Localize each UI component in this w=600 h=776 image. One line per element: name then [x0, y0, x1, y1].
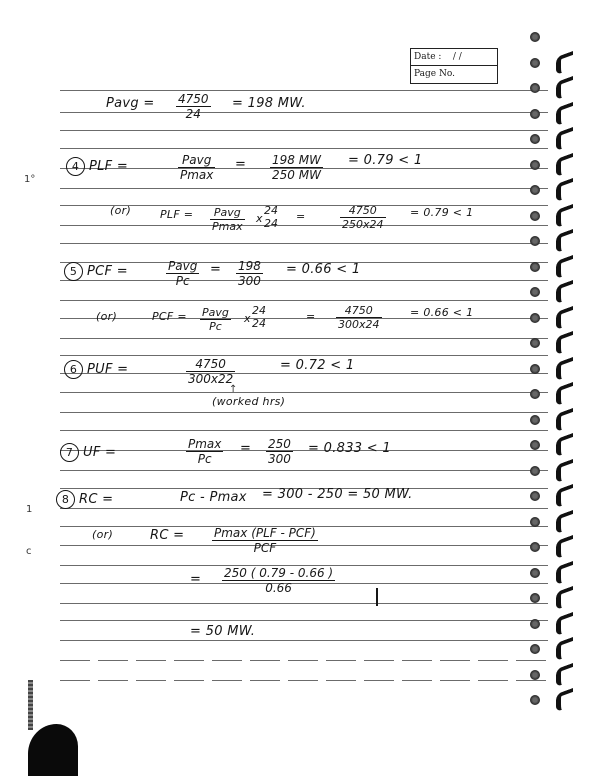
ruled-line: [60, 430, 548, 431]
spiral-coil: [556, 382, 573, 406]
binding-hole: [530, 364, 540, 374]
ruled-line: [60, 373, 548, 374]
binding-hole: [530, 389, 540, 399]
uf-result: = 0.833 < 1: [308, 441, 391, 456]
spiral-coil: [556, 356, 573, 380]
pavg-lhs: Pavg =: [106, 96, 155, 111]
margin-mark: 1°: [24, 174, 35, 185]
puf-fraction: 4750300x22: [186, 357, 235, 386]
binding-hole: [530, 287, 540, 297]
ruled-line: [60, 90, 548, 91]
equals: =: [306, 310, 316, 323]
equals: =: [190, 572, 201, 587]
spiral-coil: [556, 280, 573, 304]
spiral-coil: [556, 586, 573, 610]
ratio-24-24: 2424: [252, 304, 266, 330]
spiral-coil: [556, 484, 573, 508]
binding-hole: [530, 262, 540, 272]
pcf-alt-fraction: PavgPc: [200, 306, 231, 333]
ruled-line: [60, 225, 548, 226]
rc-expression: Pc - Pmax: [180, 490, 247, 505]
spiral-coil: [556, 152, 573, 176]
item-number: 7: [60, 443, 79, 462]
plf-alt-result: = 0.79 < 1: [410, 206, 473, 219]
ruled-line: [60, 355, 548, 356]
pcf-result: = 0.66 < 1: [286, 262, 360, 277]
ruled-line: [60, 470, 548, 471]
ruled-line: [60, 392, 548, 393]
rc-equation-label: 8RC =: [56, 490, 113, 509]
spiral-coil: [556, 688, 573, 712]
multiply: x: [244, 312, 251, 325]
rc-alt-lhs: RC =: [150, 528, 184, 543]
pcf-fraction: PavgPc: [166, 259, 199, 288]
pcf-equation-label: 5PCF =: [64, 262, 128, 281]
binding-hole: [530, 32, 540, 42]
spiral-coil: [556, 101, 573, 125]
or-label: (or): [92, 528, 113, 541]
pcf-values: 198300: [236, 259, 263, 288]
spiral-coil: [556, 662, 573, 686]
pavg-result: = 198 MW.: [232, 96, 306, 111]
ruled-line: [60, 660, 548, 661]
plf-alt-fraction: PavgPmax: [210, 206, 245, 233]
scan-shadow: [28, 724, 78, 776]
plf-alt-lhs: PLF =: [160, 208, 193, 221]
date-page-box: Date : / / Page No.: [410, 48, 498, 84]
binding-hole: [530, 440, 540, 450]
binding-hole: [530, 619, 540, 629]
spiral-coil: [556, 178, 573, 202]
cursor-mark: [376, 588, 378, 606]
scan-artifact: [28, 680, 33, 730]
multiply: x: [256, 212, 263, 225]
item-number: 4: [66, 157, 85, 176]
rc-calc-fraction: 250 ( 0.79 - 0.66 )0.66: [222, 566, 335, 595]
ruled-line: [60, 640, 548, 641]
ratio-24-24: 2424: [264, 204, 278, 230]
page-number-field: Page No.: [411, 65, 497, 82]
spiral-coil: [556, 509, 573, 533]
ruled-line: [60, 680, 548, 681]
binding-hole: [530, 695, 540, 705]
binding-hole: [530, 134, 540, 144]
plf-equation-label: 4PLF =: [66, 157, 128, 176]
equals: =: [210, 262, 221, 277]
binding-hole: [530, 160, 540, 170]
binding-hole: [530, 542, 540, 552]
ruled-line: [60, 280, 548, 281]
uf-values: 250300: [266, 437, 293, 466]
spiral-coil: [556, 203, 573, 227]
margin-mark: 1: [26, 504, 32, 515]
ruled-line: [60, 243, 548, 244]
spiral-coil: [556, 76, 573, 100]
binding-hole: [530, 466, 540, 476]
or-label: (or): [110, 204, 131, 217]
pcf-alt-lhs: PCF =: [152, 310, 187, 323]
ruled-line: [60, 620, 548, 621]
worked-hours-note: (worked hrs): [212, 395, 285, 408]
ruled-line: [60, 338, 548, 339]
or-label: (or): [96, 310, 117, 323]
binding-hole: [530, 517, 540, 527]
pavg-fraction: 475024: [176, 92, 211, 121]
ruled-line: [60, 112, 548, 113]
binding-hole: [530, 338, 540, 348]
binding-hole: [530, 58, 540, 68]
spiral-coil: [556, 433, 573, 457]
ruled-line: [60, 450, 548, 451]
equals: =: [240, 441, 251, 456]
spiral-coil: [556, 229, 573, 253]
binding-hole: [530, 236, 540, 246]
ruled-line: [60, 412, 548, 413]
spiral-coil: [556, 305, 573, 329]
binding-hole: [530, 185, 540, 195]
item-number: 5: [64, 262, 83, 281]
plf-alt-values: 4750250x24: [340, 204, 386, 231]
ruled-line: [60, 205, 548, 206]
equals: =: [235, 157, 246, 172]
notebook-page: Date : / / Page No. Pavg = 475024 = 198 …: [0, 0, 600, 776]
item-number: 6: [64, 360, 83, 379]
rc-final-result: = 50 MW.: [190, 624, 255, 639]
spiral-coil: [556, 407, 573, 431]
ruled-line: [60, 300, 548, 301]
plf-values-fraction: 198 MW250 MW: [270, 153, 323, 182]
spiral-coil: [556, 331, 573, 355]
spiral-coil: [556, 637, 573, 661]
ruled-line: [60, 130, 548, 131]
rc-alt-fraction: Pmax (PLF - PCF)PCF: [212, 526, 318, 555]
equals: =: [296, 210, 306, 223]
puf-result: = 0.72 < 1: [280, 358, 354, 373]
binding-hole: [530, 109, 540, 119]
arrow-up-icon: ↑: [229, 384, 237, 395]
pcf-alt-values: 4750300x24: [336, 304, 382, 331]
ruled-line: [60, 603, 548, 604]
puf-equation-label: 6PUF =: [64, 360, 128, 379]
spiral-coil: [556, 560, 573, 584]
uf-fraction: PmaxPc: [186, 437, 223, 466]
item-number: 8: [56, 490, 75, 509]
spiral-coil: [556, 535, 573, 559]
binding-hole: [530, 670, 540, 680]
binding-hole: [530, 644, 540, 654]
binding-hole: [530, 313, 540, 323]
spiral-coil: [556, 50, 573, 74]
rc-result: = 300 - 250 = 50 MW.: [262, 487, 413, 502]
ruled-line: [60, 318, 548, 319]
plf-fraction: PavgPmax: [178, 153, 215, 182]
spiral-coil: [556, 458, 573, 482]
binding-hole: [530, 593, 540, 603]
ruled-line: [60, 188, 548, 189]
binding-hole: [530, 415, 540, 425]
binding-hole: [530, 491, 540, 501]
binding-hole: [530, 211, 540, 221]
ruled-line: [60, 508, 548, 509]
spiral-coil: [556, 127, 573, 151]
ruled-line: [60, 148, 548, 149]
pcf-alt-result: = 0.66 < 1: [410, 306, 473, 319]
plf-result: = 0.79 < 1: [348, 153, 422, 168]
spiral-coil: [556, 254, 573, 278]
spiral-coil: [556, 611, 573, 635]
binding-hole: [530, 568, 540, 578]
uf-equation-label: 7UF =: [60, 443, 116, 462]
date-field: Date : / /: [411, 49, 497, 65]
margin-mark: c: [26, 546, 32, 557]
binding-hole: [530, 83, 540, 93]
